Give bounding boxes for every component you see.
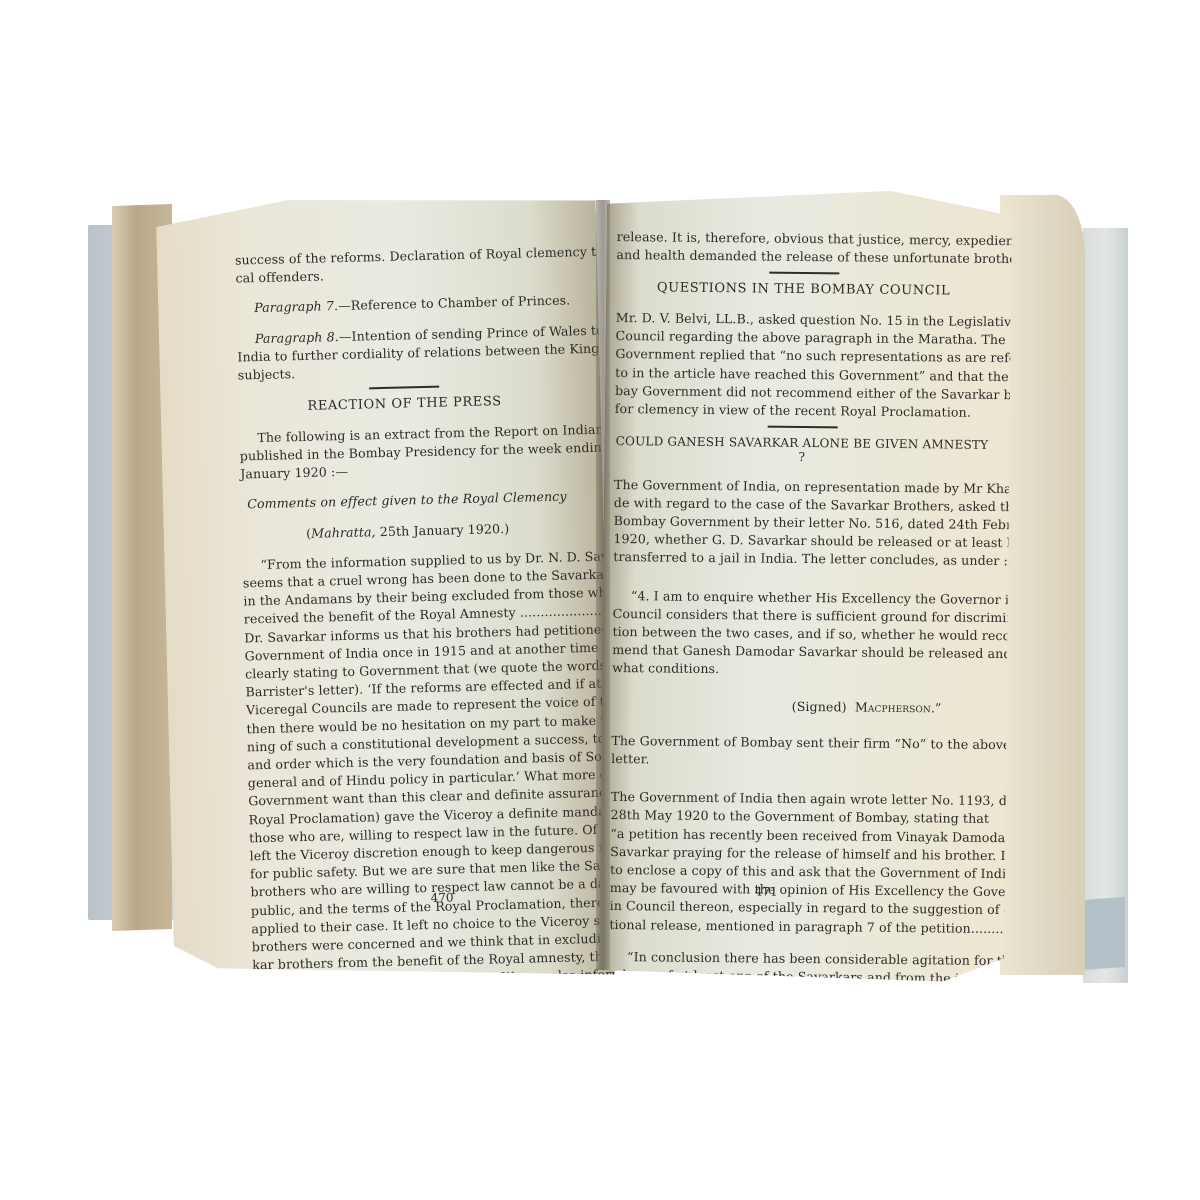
text-line: tional release, mentioned in paragraph 7… [609, 916, 984, 938]
text-line: what conditions. [612, 659, 987, 681]
section-heading: COULD GANESH SAVARKAR ALONE BE GIVEN AMN… [614, 434, 989, 466]
section-divider [369, 386, 439, 389]
text-line: and health demanded the release of these… [616, 246, 991, 268]
page-number-right: 471 [755, 884, 778, 898]
book-cover-right [1083, 228, 1128, 983]
paragraph-label: Paragraph 8. [255, 329, 339, 346]
page-number-left: 470 [430, 890, 453, 905]
book-gutter [596, 200, 610, 970]
section-divider [769, 272, 839, 274]
section-heading: QUESTIONS IN THE BOMBAY COUNCIL [616, 280, 991, 299]
left-page: success of the reforms. Declaration of R… [155, 185, 614, 986]
text-line: transferred to a jail in India. The lett… [613, 548, 988, 570]
paragraph-label: Paragraph 7. [254, 298, 338, 315]
section-divider [767, 426, 837, 428]
right-page: release. It is, therefore, obvious that … [599, 188, 1012, 982]
section-heading: REACTION OF THE PRESS [238, 392, 570, 415]
text-line: release of at least one of the Savarkars… [609, 966, 984, 982]
text-line: for clemency in view of the recent Royal… [615, 400, 990, 422]
page-block-edge-right [1000, 195, 1085, 975]
